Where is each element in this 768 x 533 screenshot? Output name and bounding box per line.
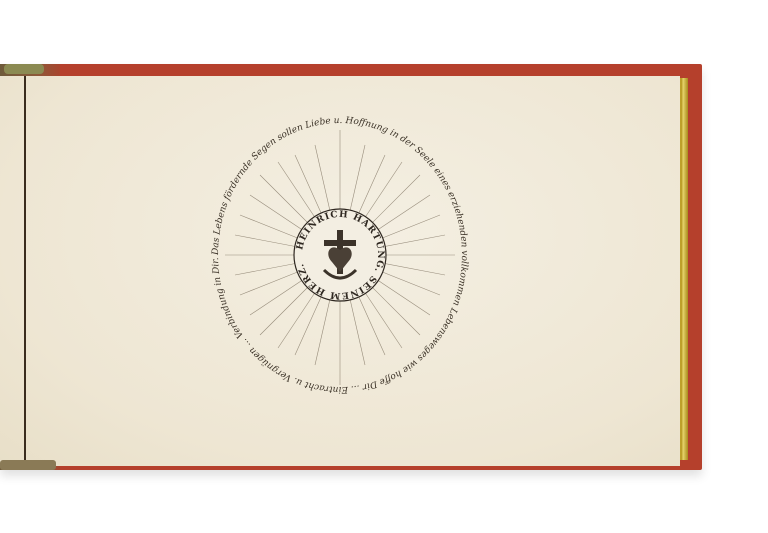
binding-thread-top bbox=[4, 64, 44, 74]
binding-thread-bottom bbox=[0, 460, 56, 470]
sunburst-drawing: HEINRICH HARTUNG. SEINEM HERZ. ANN. MEIE… bbox=[200, 100, 480, 410]
binding-gutter bbox=[24, 76, 26, 466]
